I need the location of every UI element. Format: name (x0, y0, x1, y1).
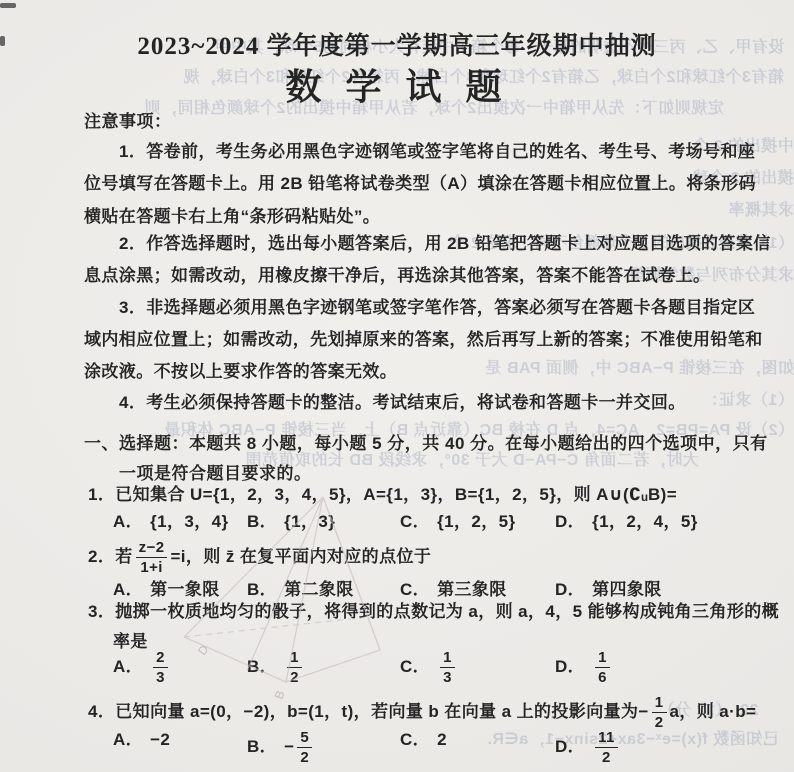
q2-option-d: D．第四象限 (555, 580, 662, 600)
q1-option-d-label: D． (555, 512, 585, 532)
q3-option-c: C．13 (400, 650, 458, 685)
q4-option-b-sign: − (284, 737, 294, 757)
notice-1-line-1: 1．答卷前，考生务必用黑色字迹钢笔或签字笔将自己的姓名、考生号、考场号和座 (84, 142, 755, 162)
exam-paper-scan: 设有甲、乙、丙三个不透明的箱子，每个箱子中装有大小相同的5个球，其中甲 箱有3个… (0, 0, 794, 772)
scan-speck (0, 3, 16, 8)
notice-1-line-2: 位号填写在答题卡上。用 2B 铅笔将试卷类型（A）填涂在答题卡相应位置上。将条形… (84, 174, 756, 194)
q1-option-d: D．{1，2，4，5} (555, 512, 698, 532)
q3-option-d: D．16 (555, 650, 613, 685)
question-1: 1． 已知集合 U={1，2，3，4，5}，A={1，3}，B={1，2，5}，… (88, 485, 677, 505)
q4-option-c: C．2 (400, 730, 447, 750)
q1-option-c-value: {1，2，5} (437, 512, 515, 532)
q3-d-denominator: 6 (598, 668, 607, 685)
notice-2-line-2: 息点涂黑；如需改动，用橡皮擦干净后，再选涂其他答案，答案不能答在试卷上。 (84, 266, 710, 286)
q3-a-numerator: 2 (153, 650, 168, 668)
question-3-stem-line-1: 抛掷一枚质地均匀的骰子，将得到的点数记为 a，则 a，4，5 能够构成钝角三角形… (115, 602, 779, 622)
question-4-suffix: a，则 a·b= (670, 702, 757, 722)
q4-option-a-value: −2 (150, 730, 170, 750)
bleedthrough-text: 如图，在三棱锥 P−ABC 中，侧面 PAB 是 (485, 355, 794, 378)
question-2-fraction: z−2 1+i (136, 540, 168, 575)
q4-fraction-denominator: 2 (655, 713, 664, 730)
notice-4-line-1: 4．考生必须保持答题卡的整洁。考试结束后，将试卷和答题卡一并交回。 (84, 393, 686, 413)
section-heading-line-1: 一、选择题：本题共 8 小题，每小题 5 分，共 40 分。在每小题给出的四个选… (84, 429, 768, 454)
q4-option-b-label: B． (247, 737, 277, 757)
q2-option-c-label: C． (400, 580, 430, 600)
q2-option-c-value: 第三象限 (437, 580, 507, 600)
q3-b-denominator: 2 (290, 668, 299, 685)
question-1-number: 1． (88, 485, 115, 505)
q3-option-a-fraction: 23 (153, 650, 168, 685)
q3-option-b: B．12 (247, 650, 305, 685)
q4-option-d: D．112 (555, 730, 621, 765)
q4-b-denominator: 2 (300, 748, 309, 765)
question-1-stem: 已知集合 U={1，2，3，4，5}，A={1，3}，B={1，2，5}，则 A… (115, 485, 677, 505)
q1-option-b-label: B． (247, 512, 277, 532)
q3-option-c-fraction: 13 (440, 650, 455, 685)
q4-option-b-fraction: 52 (297, 730, 312, 765)
q2-fraction-numerator: z−2 (136, 540, 168, 558)
exam-title: 2023~2024 学年度第一学期高三年级期中抽测 (0, 26, 794, 62)
sketch-label-d: D (195, 642, 212, 657)
q4-option-c-label: C． (400, 730, 430, 750)
q1-option-c-label: C． (400, 512, 430, 532)
question-4-number: 4． (88, 702, 115, 722)
q2-option-a-label: A． (113, 580, 143, 600)
question-4: 4． 已知向量 a=(0，−2)，b=(1，t)，若向量 b 在向量 a 上的投… (88, 692, 756, 732)
q3-option-a-label: A． (113, 657, 143, 677)
notice-2-line-1: 2．作答选择题时，选出每小题答案后，用 2B 铅笔把答题卡上对应题目选项的答案信 (84, 234, 771, 254)
q4-d-denominator: 2 (602, 748, 611, 765)
question-2-prefix: 若 (115, 547, 132, 567)
q3-c-numerator: 1 (440, 650, 455, 668)
q3-b-numerator: 1 (287, 650, 302, 668)
notice-1-line-3: 横贴在答题卡右上角“条形码粘贴处”。 (84, 207, 380, 227)
q3-option-d-label: D． (555, 657, 585, 677)
q3-option-c-label: C． (400, 657, 430, 677)
q1-option-b-value: {1，3} (284, 512, 335, 532)
question-4-prefix: 已知向量 a=(0，−2)，b=(1，t)，若向量 b 在向量 a 上的投影向量… (115, 702, 648, 722)
notice-3-line-2: 域内相应位置上；如需改动，先划掉原来的答案，然后再写上新的答案；不准使用铅笔和 (84, 330, 763, 350)
q1-option-b: B．{1，3} (247, 512, 335, 532)
q1-option-d-value: {1，2，4，5} (592, 512, 698, 532)
q2-option-a: A．第一象限 (113, 580, 220, 600)
question-4-fraction: 1 2 (652, 695, 667, 730)
question-3: 3． 抛掷一枚质地均匀的骰子，将得到的点数记为 a，则 a，4，5 能够构成钝角… (88, 602, 779, 622)
question-2-number: 2． (88, 547, 115, 567)
q4-d-numerator: 11 (595, 730, 618, 748)
q3-option-b-fraction: 12 (287, 650, 302, 685)
q4-option-d-label: D． (555, 737, 585, 757)
q1-option-a-value: {1，3，4} (150, 512, 228, 532)
q3-d-numerator: 1 (595, 650, 610, 668)
q2-option-b-value: 第二象限 (284, 580, 354, 600)
notice-heading: 注意事项： (84, 107, 172, 132)
question-2-suffix: =i，则 z̄ 在复平面内对应的点位于 (170, 547, 431, 567)
q2-fraction-denominator: 1+i (140, 558, 162, 575)
q2-option-d-value: 第四象限 (592, 580, 662, 600)
q1-option-c: C．{1，2，5} (400, 512, 515, 532)
q2-option-d-label: D． (555, 580, 585, 600)
q2-option-b-label: B． (247, 580, 277, 600)
q1-option-a-label: A． (113, 512, 143, 532)
q3-option-a: A．23 (113, 650, 171, 685)
q4-option-c-value: 2 (437, 730, 447, 750)
q2-option-a-value: 第一象限 (150, 580, 220, 600)
q4-option-a-label: A． (113, 730, 143, 750)
bleedthrough-text: 求其概率 (728, 197, 794, 220)
q1-option-a: A．{1，3，4} (113, 512, 228, 532)
q3-a-denominator: 3 (156, 668, 165, 685)
q4-option-a: A．−2 (113, 730, 170, 750)
q4-fraction-numerator: 1 (652, 695, 667, 713)
q4-option-b: B．−52 (247, 730, 315, 765)
q4-b-numerator: 5 (297, 730, 312, 748)
section-heading-line-2: 一项是符合题目要求的。 (84, 459, 312, 484)
q3-option-d-fraction: 16 (595, 650, 610, 685)
exam-subtitle: 数 学 试 题 (0, 59, 794, 110)
question-2: 2． 若 z−2 1+i =i，则 z̄ 在复平面内对应的点位于 (88, 536, 431, 578)
q3-option-b-label: B． (247, 657, 277, 677)
q2-option-b: B．第二象限 (247, 580, 354, 600)
question-3-number: 3． (88, 602, 115, 622)
q3-c-denominator: 3 (443, 668, 452, 685)
bleedthrough-text: （1）求证： (702, 387, 794, 410)
notice-3-line-1: 3．非选择题必须用黑色字迹钢笔或签字笔作答，答案必须写在答题卡各题目指定区 (84, 298, 755, 318)
q2-option-c: C．第三象限 (400, 580, 507, 600)
notice-3-line-3: 涂改液。不按以上要求作答的答案无效。 (84, 362, 397, 382)
q4-option-d-fraction: 112 (595, 730, 618, 765)
